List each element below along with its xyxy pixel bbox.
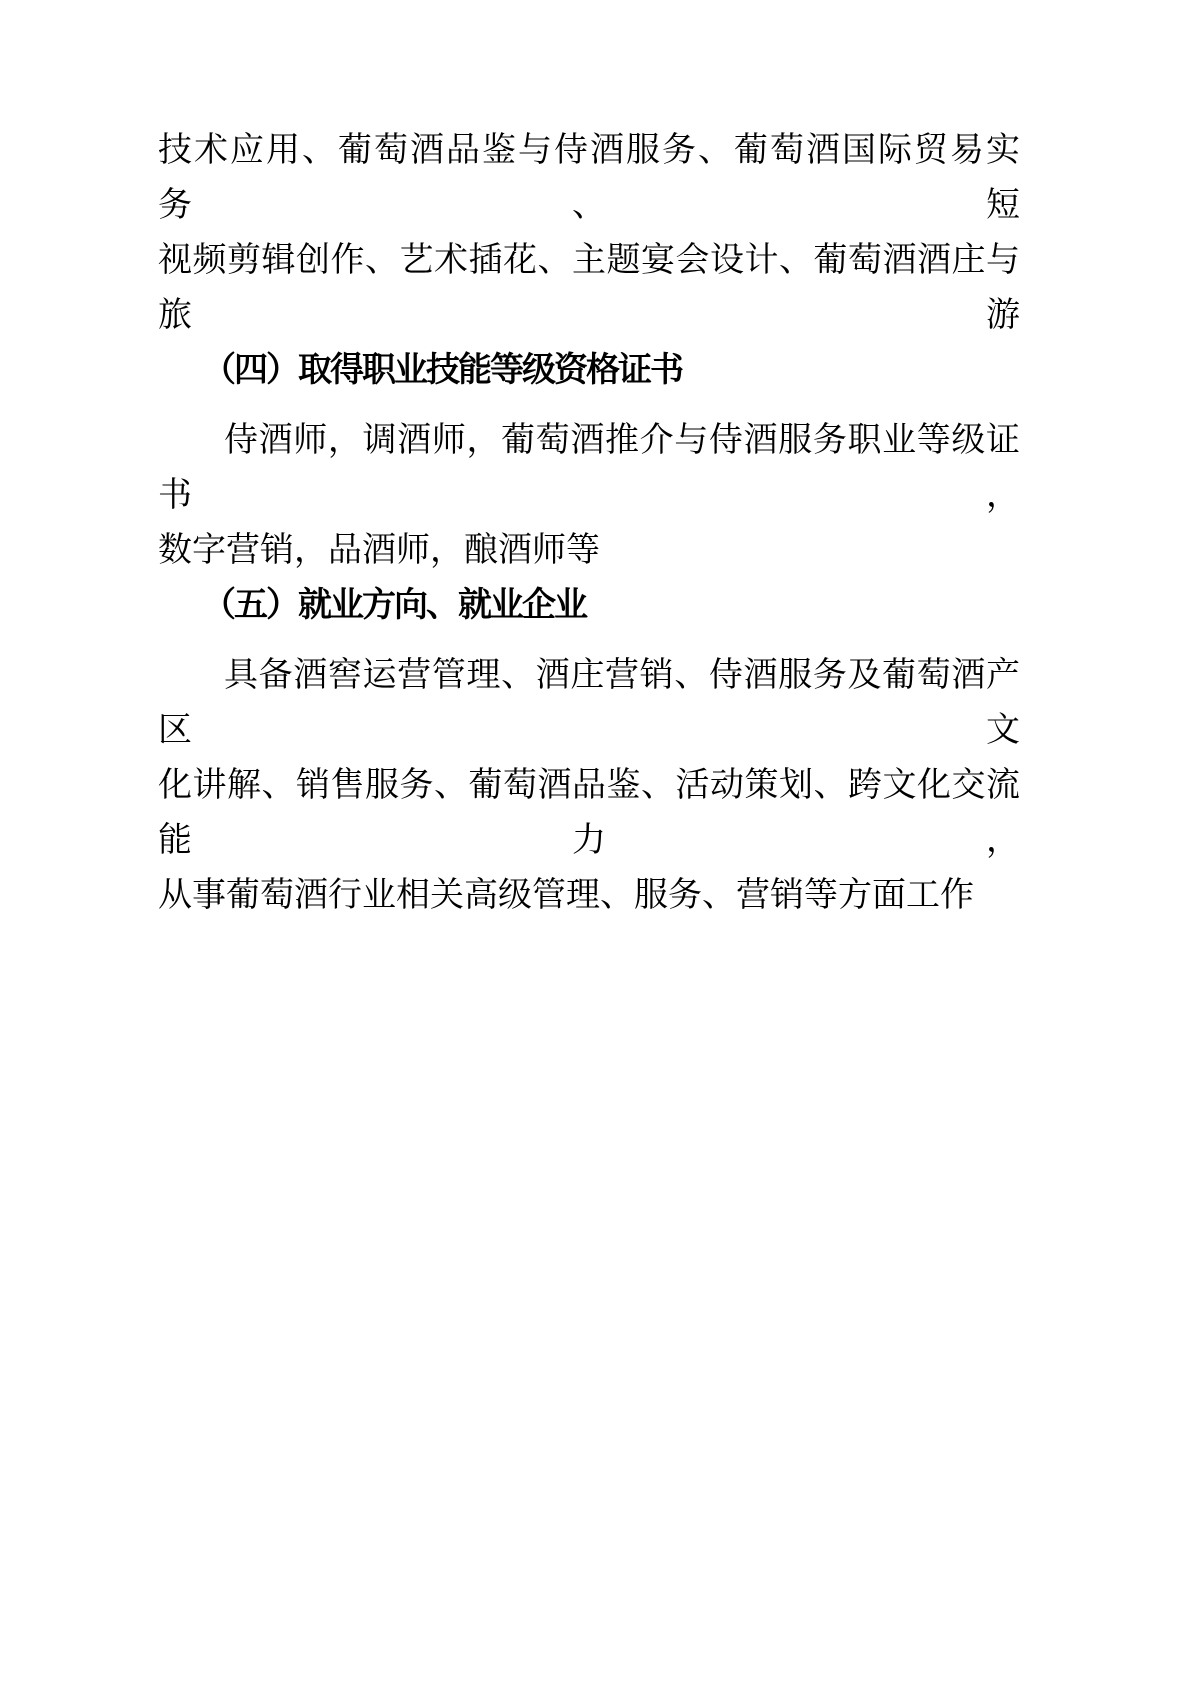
body-line-5: 具备酒窖运营管理、酒庄营销、侍酒服务及葡萄酒产区文	[158, 648, 1020, 758]
section-heading-4: （四）取得职业技能等级资格证书	[158, 343, 1020, 398]
body-line-3: 侍酒师，调酒师，葡萄酒推介与侍酒服务职业等级证书，	[158, 413, 1020, 523]
document-text-block: 技术应用、葡萄酒品鉴与侍酒服务、葡萄酒国际贸易实务、短 视频剪辑创作、艺术插花、…	[158, 123, 1020, 923]
body-line-4: 数字营销，品酒师，酿酒师等	[158, 523, 1020, 578]
body-line-2: 视频剪辑创作、艺术插花、主题宴会设计、葡萄酒酒庄与旅游	[158, 233, 1020, 343]
body-line-1: 技术应用、葡萄酒品鉴与侍酒服务、葡萄酒国际贸易实务、短	[158, 123, 1020, 233]
section-heading-5: （五）就业方向、就业企业	[158, 578, 1020, 633]
body-line-7: 从事葡萄酒行业相关高级管理、服务、营销等方面工作	[158, 868, 1020, 923]
body-line-6: 化讲解、销售服务、葡萄酒品鉴、活动策划、跨文化交流能力，	[158, 758, 1020, 868]
document-page: 技术应用、葡萄酒品鉴与侍酒服务、葡萄酒国际贸易实务、短 视频剪辑创作、艺术插花、…	[0, 0, 1191, 1684]
